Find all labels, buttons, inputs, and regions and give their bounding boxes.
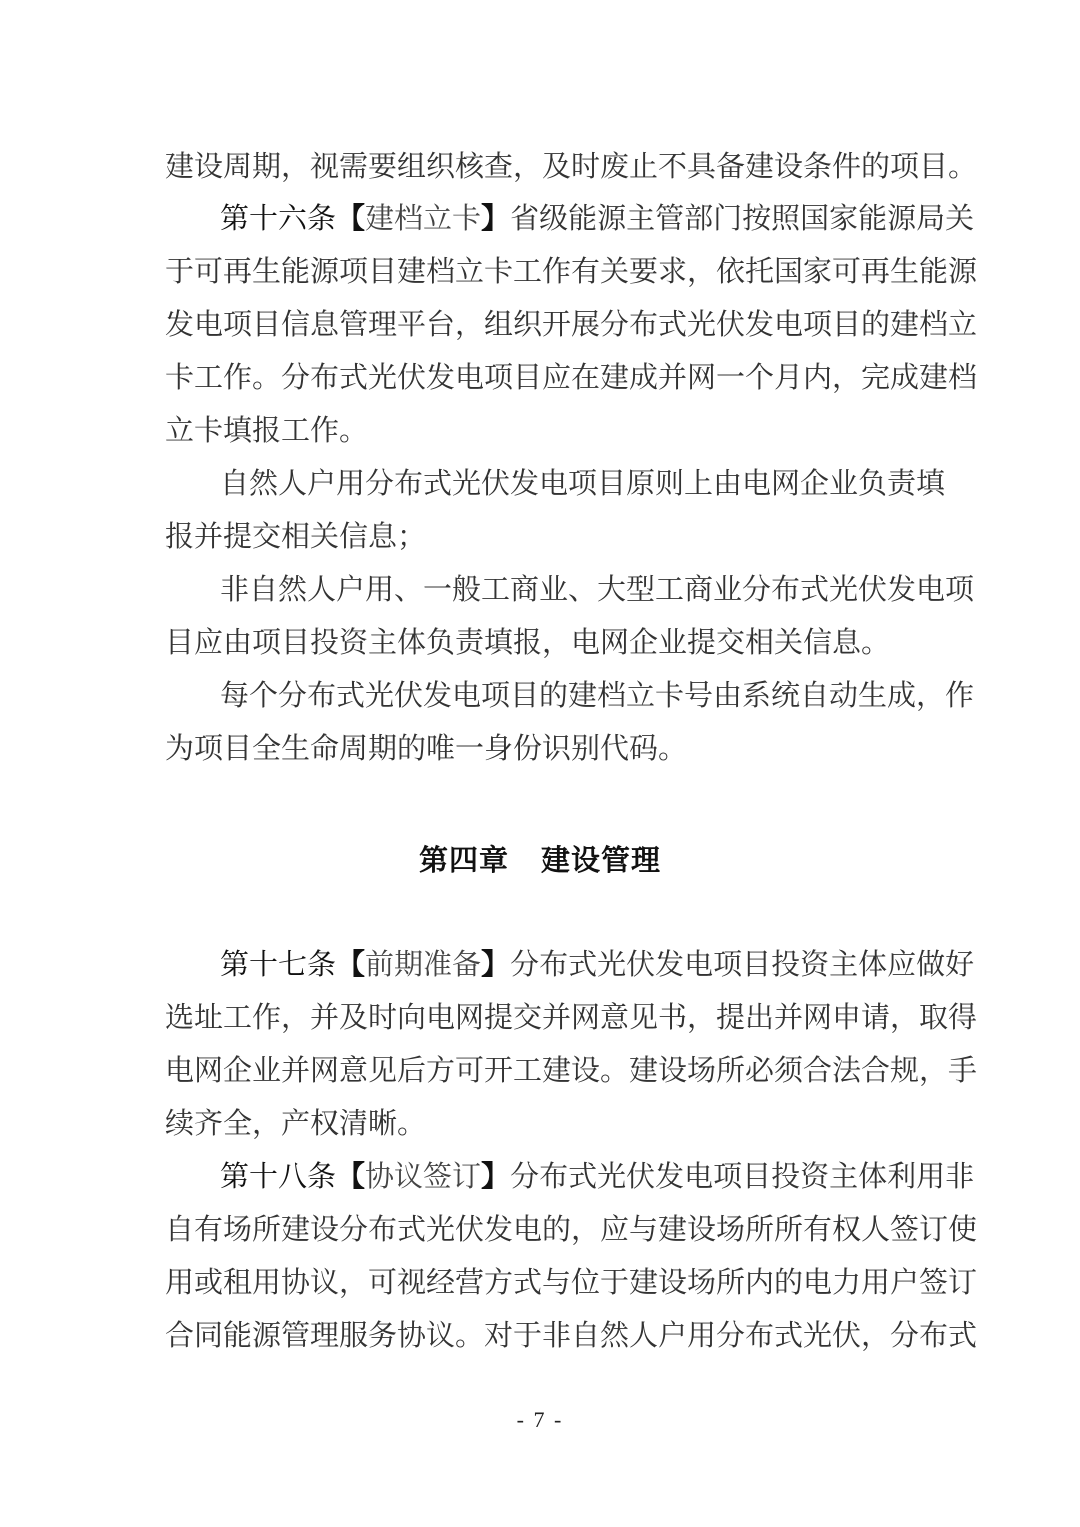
article-18-bracket-open: 【 [336,1159,365,1193]
article-18-title: 协议签订 [365,1159,481,1193]
natural-person-line-2: 报并提交相关信息； [165,516,915,556]
article-16-first-line-text: 省级能源主管部门按照国家能源局关 [510,201,974,235]
document-page: 建设周期，视需要组织核查，及时废止不具备建设条件的项目。 第十六条【建档立卡】省… [0,0,1080,1527]
article-16-title: 建档立卡 [365,201,481,235]
article-16-bracket-open: 【 [336,201,365,235]
article-17-line-3: 电网企业并网意见后方可开工建设。建设场所必须合法合规，手 [165,1050,915,1090]
article-18-line-4: 合同能源管理服务协议。对于非自然人户用分布式光伏，分布式 [165,1315,915,1355]
article-18-number: 第十八条 [220,1159,336,1193]
chapter-heading: 第四章建设管理 [0,838,1080,882]
chapter-number: 第四章 [419,843,509,877]
article-16-bracket-close: 】 [481,201,510,235]
article-16-line-3: 发电项目信息管理平台，组织开展分布式光伏发电项目的建档立 [165,304,915,344]
chapter-title: 建设管理 [541,843,661,877]
article-17-heading-line: 第十七条【前期准备】分布式光伏发电项目投资主体应做好 [220,944,915,984]
article-18-bracket-close: 】 [481,1159,510,1193]
page-number: - 7 - [0,1405,1080,1435]
article-16-number: 第十六条 [220,201,336,235]
article-17-line-4: 续齐全，产权清晰。 [165,1103,915,1143]
article-17-bracket-open: 【 [336,947,365,981]
article-16-line-5: 立卡填报工作。 [165,410,915,450]
id-code-line-1: 每个分布式光伏发电项目的建档立卡号由系统自动生成，作 [220,675,915,715]
continuation-line-1: 建设周期，视需要组织核查，及时废止不具备建设条件的项目。 [165,146,915,186]
non-natural-person-line-2: 目应由项目投资主体负责填报，电网企业提交相关信息。 [165,622,915,662]
article-16-line-4: 卡工作。分布式光伏发电项目应在建成并网一个月内，完成建档 [165,357,915,397]
article-17-first-line-text: 分布式光伏发电项目投资主体应做好 [510,947,974,981]
article-18-line-3: 用或租用协议，可视经营方式与位于建设场所内的电力用户签订 [165,1262,915,1302]
article-16-line-2: 于可再生能源项目建档立卡工作有关要求，依托国家可再生能源 [165,251,915,291]
natural-person-line-1: 自然人户用分布式光伏发电项目原则上由电网企业负责填 [220,463,915,503]
article-18-line-2: 自有场所建设分布式光伏发电的，应与建设场所所有权人签订使 [165,1209,915,1249]
non-natural-person-line-1: 非自然人户用、一般工商业、大型工商业分布式光伏发电项 [220,569,915,609]
id-code-line-2: 为项目全生命周期的唯一身份识别代码。 [165,728,915,768]
article-17-line-2: 选址工作，并及时向电网提交并网意见书，提出并网申请，取得 [165,997,915,1037]
article-18-heading-line: 第十八条【协议签订】分布式光伏发电项目投资主体利用非 [220,1156,915,1196]
article-17-title: 前期准备 [365,947,481,981]
article-17-number: 第十七条 [220,947,336,981]
article-17-bracket-close: 】 [481,947,510,981]
article-18-first-line-text: 分布式光伏发电项目投资主体利用非 [510,1159,974,1193]
article-16-heading-line: 第十六条【建档立卡】省级能源主管部门按照国家能源局关 [220,198,915,238]
